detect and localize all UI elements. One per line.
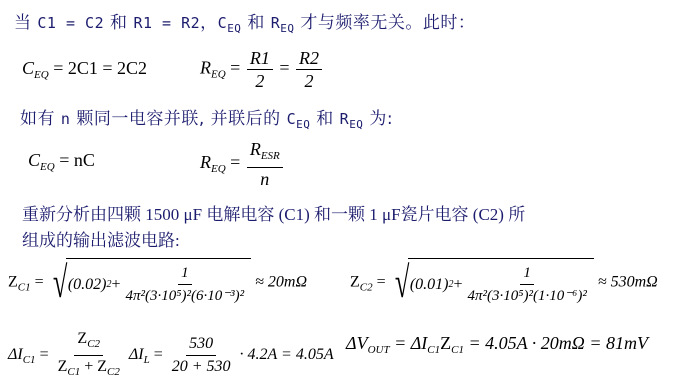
equation-zc2: ZC2 = √(0.01)2 + 14π²(3·10⁵)²(1·10⁻⁶)² ≈… — [350, 258, 658, 308]
equation-delta-vout: ΔVOUT = ΔIC1ZC1 = 4.05A · 20mΩ = 81mV — [346, 333, 648, 356]
r-eq-symbol: REQ — [271, 14, 295, 32]
equation-delta-ic1: ΔIC1 = ZC2ZC1 + ZC2 ΔIL = 53020 + 530 · … — [8, 328, 334, 383]
intro-sentence: 当 C1 = C2 和 R1 = R2，CEQ 和 REQ 才与频率无关。此时： — [14, 8, 475, 35]
comma: ， — [200, 13, 218, 33]
reanalysis-paragraph-line2: 组成的输出滤波电路: — [22, 226, 180, 251]
text-when: 当 — [14, 13, 37, 33]
text-suffix: 才与频率无关。此时： — [295, 13, 476, 33]
c1-equals-c2: C1 = C2 — [37, 14, 104, 32]
text-and: 和 — [241, 13, 270, 33]
equation-req-esr: REQ = RESRn — [200, 138, 285, 190]
c-eq-symbol: CEQ — [218, 14, 242, 32]
text-and: 和 — [104, 13, 133, 33]
sqrt-symbol: √(0.01)2 + 14π²(3·10⁵)²(1·10⁻⁶)² — [390, 258, 594, 308]
equation-ceq-nc: CEQ = nC — [28, 150, 95, 173]
equation-ceq-2c: CEQ = 2C1 = 2C2 — [22, 58, 147, 81]
equation-zc1: ZC1 = √(0.02)2 + 14π²(3·10⁵)²(6·10⁻³)² ≈… — [8, 258, 307, 308]
sqrt-symbol: √(0.02)2 + 14π²(3·10⁵)²(6·10⁻³)² — [48, 258, 251, 308]
reanalysis-paragraph-line1: 重新分析由四颗 1500 μF 电解电容 (C1) 和一颗 1 μF瓷片电容 (… — [22, 200, 525, 225]
r1-equals-r2: R1 = R2 — [133, 14, 200, 32]
equation-req-half: REQ = R12 = R22 — [200, 47, 324, 92]
parallel-sentence: 如有 n 颗同一电容并联, 并联后的 CEQ 和 REQ 为: — [20, 104, 393, 131]
